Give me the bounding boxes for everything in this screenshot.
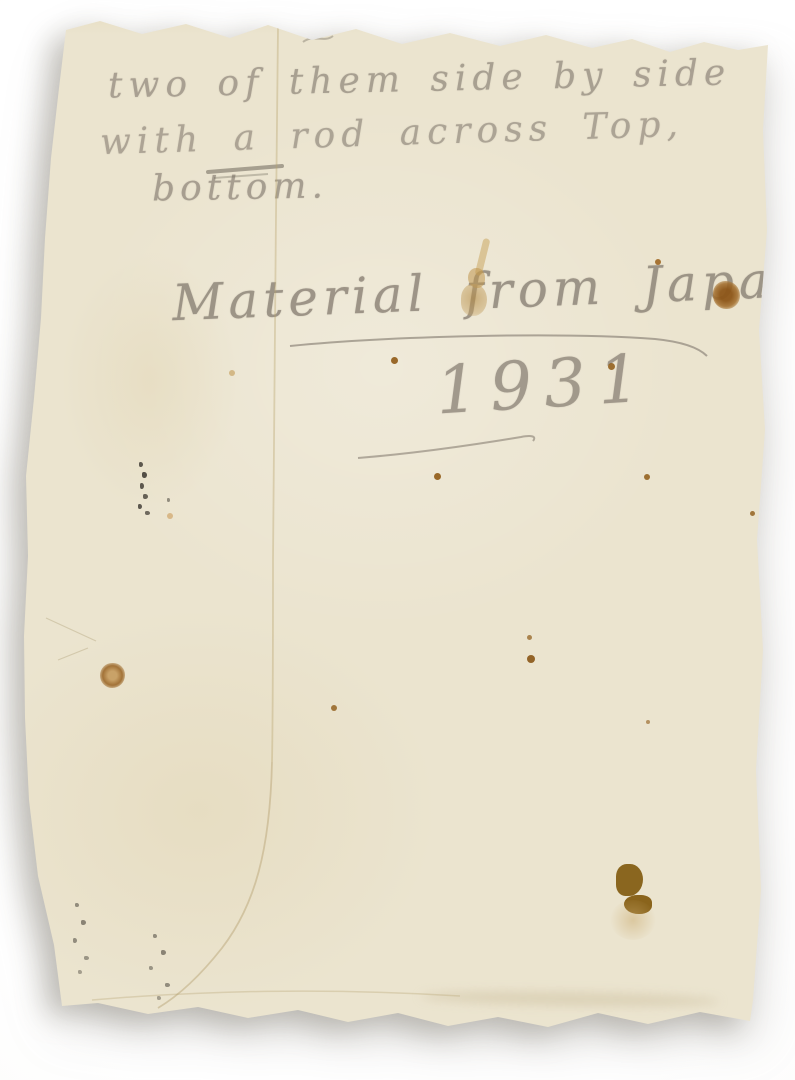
ink-speck	[153, 934, 157, 938]
stain-dot	[646, 720, 650, 724]
photograph-of-handwritten-note: two of them side by side with a rod acro…	[0, 0, 795, 1080]
ink-speck	[81, 920, 86, 925]
stain-dot	[608, 363, 615, 370]
stain-dot	[527, 655, 535, 663]
flap-crease	[158, 762, 272, 1008]
stain-dot	[229, 370, 235, 376]
ink-speck	[140, 483, 144, 489]
edge-cracks	[46, 618, 96, 660]
vertical-crease	[272, 28, 278, 762]
stain-dot	[527, 635, 532, 640]
cutoff-stroke	[303, 36, 333, 42]
ink-speck	[157, 996, 161, 1000]
ink-speck	[165, 983, 170, 987]
paper-shadow-wrap: two of them side by side with a rod acro…	[0, 0, 795, 1080]
round-stain-left	[100, 663, 125, 688]
stain-dot	[644, 474, 650, 480]
ink-speck	[143, 494, 148, 499]
large-stain-halo	[610, 900, 656, 940]
ink-speck	[78, 970, 82, 974]
ink-speck	[73, 938, 77, 943]
stain-dot	[391, 357, 398, 364]
stain-dot	[167, 513, 173, 519]
ink-speck	[167, 498, 170, 502]
crease-and-pencil-strokes	[0, 0, 795, 1080]
stain-dot	[434, 473, 441, 480]
ink-speck	[138, 504, 142, 509]
pencil-smudge	[208, 166, 282, 172]
pencil-smudge-2	[214, 174, 268, 178]
note-paper: two of them side by side with a rod acro…	[0, 0, 795, 1080]
ink-speck	[139, 462, 143, 467]
round-stain-right	[713, 281, 740, 309]
stain-dot	[331, 705, 337, 711]
ink-speck	[145, 511, 150, 515]
ink-speck	[142, 472, 147, 478]
ink-speck	[75, 903, 79, 907]
ink-speck	[149, 966, 153, 970]
stain-dot	[750, 511, 755, 516]
ink-speck	[84, 956, 89, 960]
stain-dot	[655, 259, 661, 265]
bottom-crease	[92, 991, 460, 1000]
year-underline	[358, 436, 534, 458]
ink-speck	[161, 950, 166, 955]
title-underline	[290, 335, 707, 356]
